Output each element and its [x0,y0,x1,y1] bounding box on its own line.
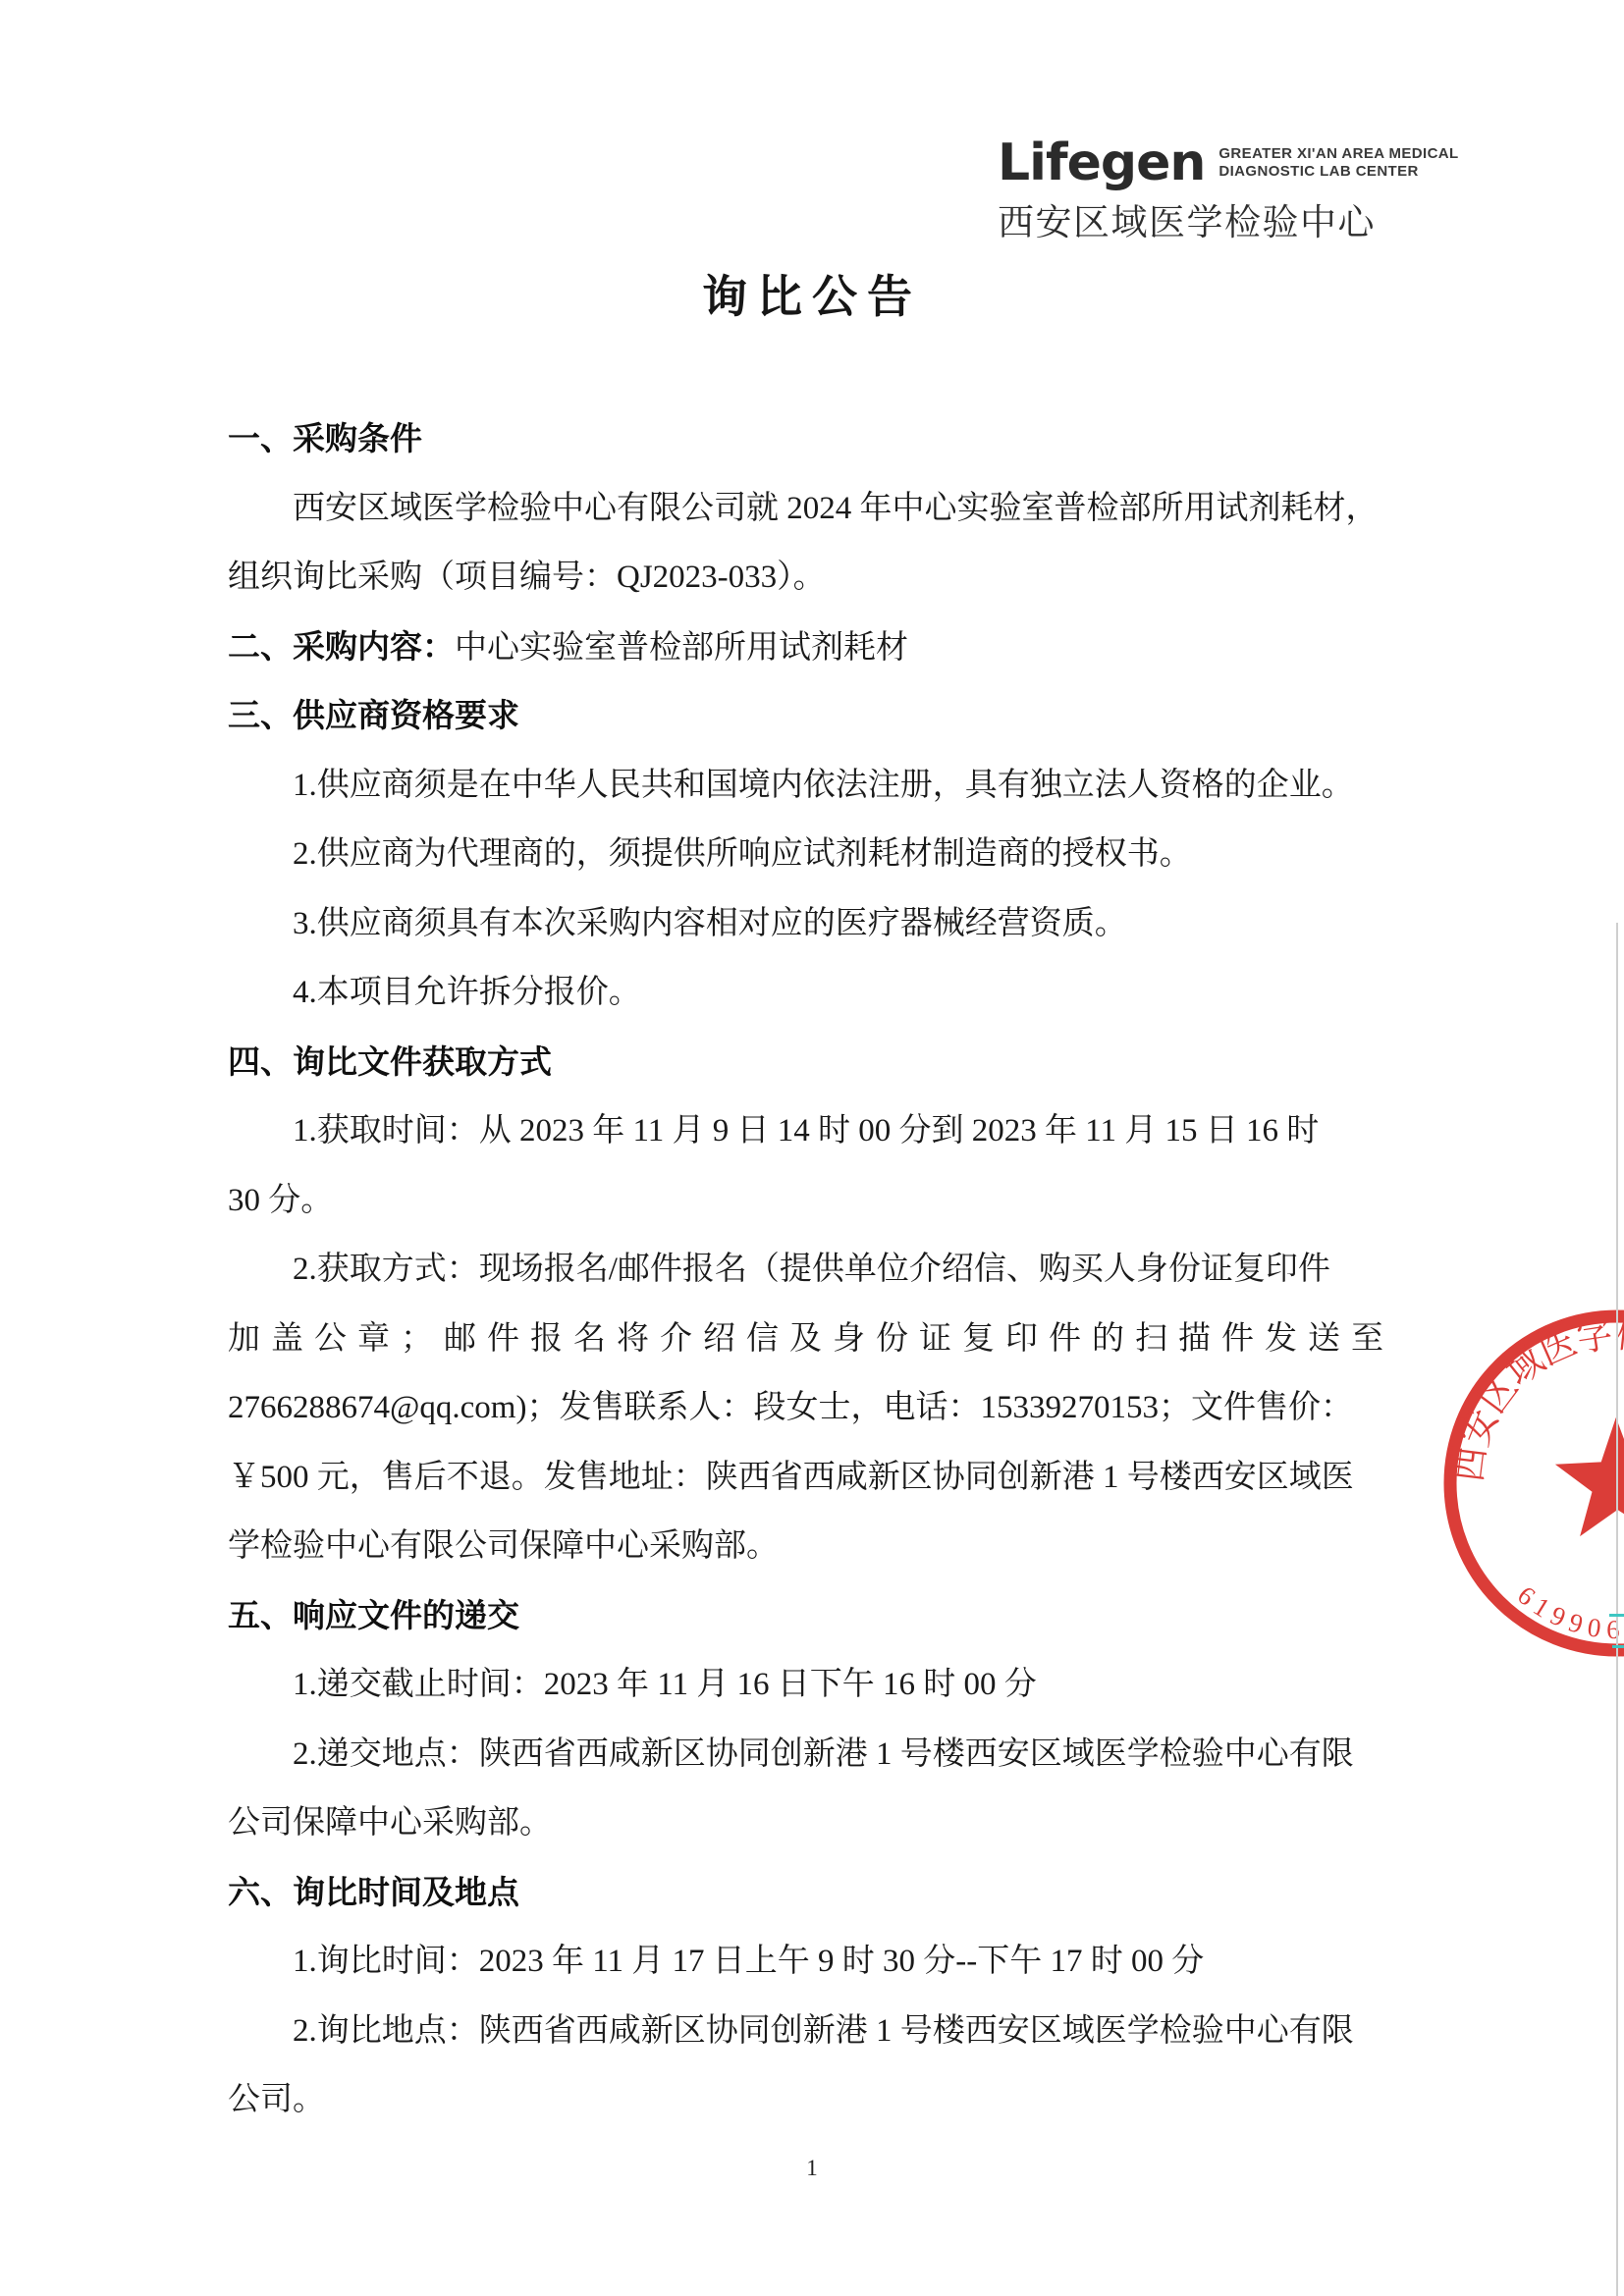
document-line: 2.供应商为代理商的，须提供所响应试剂耗材制造商的授权书。 [228,820,1396,889]
line-text: 2.获取方式：现场报名/邮件报名（提供单位介绍信、购买人身份证复印件 [293,1252,1330,1287]
line-text: 学检验中心有限公司保障中心采购部。 [228,1528,779,1564]
document-line: 2.询比地点：陕西省西咸新区协同创新港 1 号楼西安区域医学检验中心有限 [228,1997,1396,2066]
line-text: 公司。 [228,2082,325,2117]
logo-tagline-line2: DIAGNOSTIC LAB CENTER [1218,163,1458,181]
line-text: 加盖公章；邮件报名将介绍信及身份证复印件的扫描件发送至 [228,1321,1394,1357]
document-line: ￥500 元，售后不退。发售地址：陕西省西咸新区协同创新港 1 号楼西安区域医 [228,1443,1396,1513]
line-text: 30 分。 [228,1183,333,1218]
line-text: 3.供应商须具有本次采购内容相对应的医疗器械经营资质。 [293,906,1127,941]
line-text: 1.询比时间：2023 年 11 月 17 日上午 9 时 30 分--下午 1… [293,1944,1204,1979]
line-prefix: 二、采购内容： [228,628,455,665]
document-line: 1.递交截止时间：2023 年 11 月 16 日下午 16 时 00 分 [228,1650,1396,1720]
document-line: 公司保障中心采购部。 [228,1789,1396,1858]
document-line: 2766288674@qq.com)；发售联系人：段女士，电话：15339270… [228,1373,1396,1443]
line-text: 4.本项目允许拆分报价。 [293,975,641,1010]
document-line: 二、采购内容：中心实验室普检部所用试剂耗材 [228,613,1396,682]
line-text: 2.询比地点：陕西省西咸新区协同创新港 1 号楼西安区域医学检验中心有限 [293,2013,1354,2049]
line-text: ￥500 元，售后不退。发售地址：陕西省西咸新区协同创新港 1 号楼西安区域医 [228,1460,1354,1495]
document-line: 五、响应文件的递交 [228,1581,1396,1651]
document-line: 2.递交地点：陕西省西咸新区协同创新港 1 号楼西安区域医学检验中心有限 [228,1720,1396,1789]
official-seal-stamp: 西安区域医学检验中心有限公司 6199060061 [1421,1287,1624,1680]
seal-serial-number: 6199060061 [1512,1580,1624,1644]
document-line: 一、采购条件 [228,404,1396,474]
document-line: 西安区域医学检验中心有限公司就 2024 年中心实验室普检部所用试剂耗材， [228,474,1396,544]
document-line: 3.供应商须具有本次采购内容相对应的医疗器械经营资质。 [228,889,1396,959]
document-line: 加盖公章；邮件报名将介绍信及身份证复印件的扫描件发送至 [228,1305,1396,1374]
line-text: 2.供应商为代理商的，须提供所响应试剂耗材制造商的授权书。 [293,836,1192,872]
line-text: 2766288674@qq.com)；发售联系人：段女士，电话：15339270… [228,1390,1353,1425]
logo-tagline-line1: GREATER XI'AN AREA MEDICAL [1218,145,1458,163]
line-text: 公司保障中心采购部。 [228,1805,552,1841]
logo-tagline: GREATER XI'AN AREA MEDICAL DIAGNOSTIC LA… [1218,145,1458,181]
document-line: 4.本项目允许拆分报价。 [228,958,1396,1028]
star-icon [1555,1417,1624,1536]
document-lines: 一、采购条件西安区域医学检验中心有限公司就 2024 年中心实验室普检部所用试剂… [228,404,1396,2135]
line-text: 西安区域医学检验中心有限公司就 2024 年中心实验室普检部所用试剂耗材， [293,491,1379,526]
line-text: 中心实验室普检部所用试剂耗材 [455,630,908,666]
page-number: 1 [228,2156,1396,2181]
document-line: 公司。 [228,2065,1396,2135]
document-line: 组织询比采购（项目编号：QJ2023-033）。 [228,543,1396,613]
document-line: 2.获取方式：现场报名/邮件报名（提供单位介绍信、购买人身份证复印件 [228,1235,1396,1305]
scan-edge-line [1616,923,1618,2296]
document-line: 30 分。 [228,1166,1396,1236]
scan-artifact-line [1612,1645,1624,1648]
page-title: 询比公告 [228,261,1396,326]
line-text: 六、询比时间及地点 [228,1874,519,1910]
document-line: 六、询比时间及地点 [228,1858,1396,1928]
document-line: 学检验中心有限公司保障中心采购部。 [228,1512,1396,1581]
document-line: 四、询比文件获取方式 [228,1028,1396,1097]
document-line: 三、供应商资格要求 [228,681,1396,751]
line-text: 组织询比采购（项目编号：QJ2023-033）。 [228,560,826,595]
line-text: 2.递交地点：陕西省西咸新区协同创新港 1 号楼西安区域医学检验中心有限 [293,1736,1354,1772]
line-text: 1.递交截止时间：2023 年 11 月 16 日下午 16 时 00 分 [293,1667,1037,1702]
line-text: 四、询比文件获取方式 [228,1043,552,1080]
line-text: 五、响应文件的递交 [228,1597,519,1633]
seal-serial-holder: 6199060061 [1512,1580,1624,1644]
logo-brand-text: Lifegen [998,135,1205,190]
document-line: 1.供应商须是在中华人民共和国境内依法注册，具有独立法人资格的企业。 [228,751,1396,821]
line-text: 一、采购条件 [228,420,422,456]
document-line: 1.获取时间：从 2023 年 11 月 9 日 14 时 00 分到 2023… [228,1096,1396,1166]
line-text: 1.供应商须是在中华人民共和国境内依法注册，具有独立法人资格的企业。 [293,768,1354,803]
scan-artifact-line [1609,1614,1624,1617]
logo-chinese-name: 西安区域医学检验中心 [998,192,1459,245]
document-line: 1.询比时间：2023 年 11 月 17 日上午 9 时 30 分--下午 1… [228,1927,1396,1997]
document-page: Lifegen GREATER XI'AN AREA MEDICAL DIAGN… [0,0,1624,2296]
company-logo: Lifegen GREATER XI'AN AREA MEDICAL DIAGN… [998,135,1459,245]
line-text: 1.获取时间：从 2023 年 11 月 9 日 14 时 00 分到 2023… [293,1113,1319,1148]
line-text: 三、供应商资格要求 [228,697,519,733]
